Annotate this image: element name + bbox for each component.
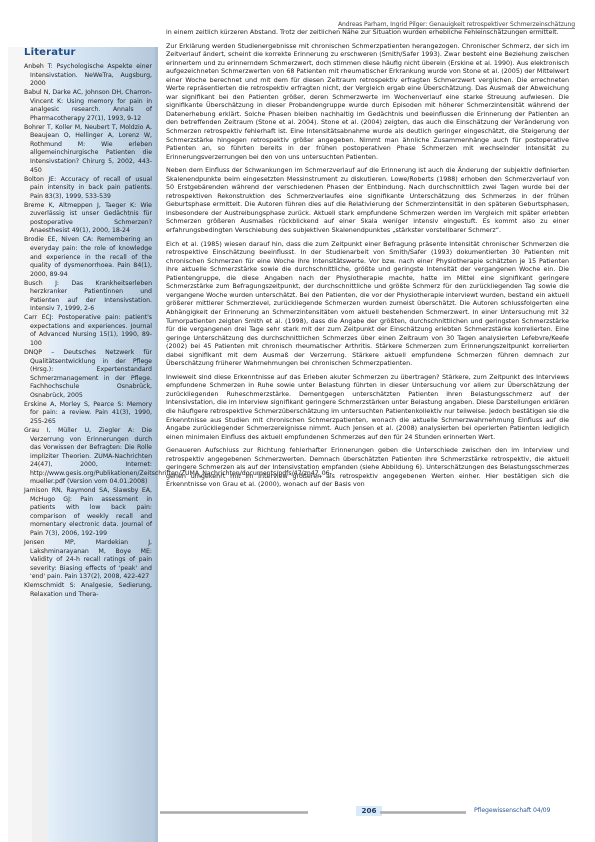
reference-item: Breme K, Altmeppen J, Taeger K: Wie zuve…: [24, 202, 152, 236]
reference-item: Klemschmidt S: Analgesie, Sedierung, Rel…: [24, 582, 152, 599]
reference-item: DNQP – Deutsches Netzwerk für Qualitätse…: [24, 349, 152, 400]
footer-rule-left: [160, 811, 308, 814]
reference-item: Busch J: Das Krankheitserleben herzkrank…: [24, 280, 152, 314]
references-list: Anbeh T: Psychologische Aspekte einer In…: [24, 63, 152, 600]
running-head: Andreas Parham, Ingrid Pilger: Genauigke…: [338, 21, 575, 29]
reference-item: Grau I, Müller U, Ziegler A: Die Verzerr…: [24, 427, 152, 487]
body-paragraph: Neben dem Einfluss der Schwankungen im S…: [166, 167, 569, 235]
reference-item: Jensen MP, Mardekian J, Lakshminarayanan…: [24, 539, 152, 582]
body-paragraph: in einem zeitlich kürzeren Abstand. Trot…: [166, 29, 569, 38]
reference-item: Bolton JE: Accuracy of recall of usual p…: [24, 176, 152, 202]
journal-name: Pflegewissenschaft 04/09: [474, 806, 550, 816]
body-paragraph: Inwieweit sind diese Erkenntnisse auf da…: [166, 374, 569, 442]
reference-item: Erskine A, Morley S, Pearce S: Memory fo…: [24, 401, 152, 427]
page-number: 206: [356, 806, 382, 816]
reference-item: Babul N, Darke AC, Johnson DH, Charron-V…: [24, 89, 152, 123]
reference-item: Jamison RN, Raymond SA, Slawsby EA, McHu…: [24, 487, 152, 538]
body-paragraph: Zur Erklärung werden Studienergebnisse m…: [166, 43, 569, 163]
reference-item: Bohrer T, Koller M, Neubert T, Moldzio A…: [24, 124, 152, 175]
main-text-column: in einem zeitlich kürzeren Abstand. Trot…: [166, 29, 569, 495]
reference-item: Brodie EE, Niven CA: Remembering an ever…: [24, 236, 152, 279]
references-heading: Literatur: [24, 47, 76, 58]
reference-item: Anbeh T: Psychologische Aspekte einer In…: [24, 63, 152, 89]
footer-rule-right: [380, 811, 466, 814]
reference-item: Carr ECJ: Postoperative pain: patient's …: [24, 314, 152, 348]
body-paragraph: Genaueren Aufschluss zur Richtung fehler…: [166, 447, 569, 490]
body-paragraph: Eich et al. (1985) wiesen darauf hin, da…: [166, 241, 569, 369]
